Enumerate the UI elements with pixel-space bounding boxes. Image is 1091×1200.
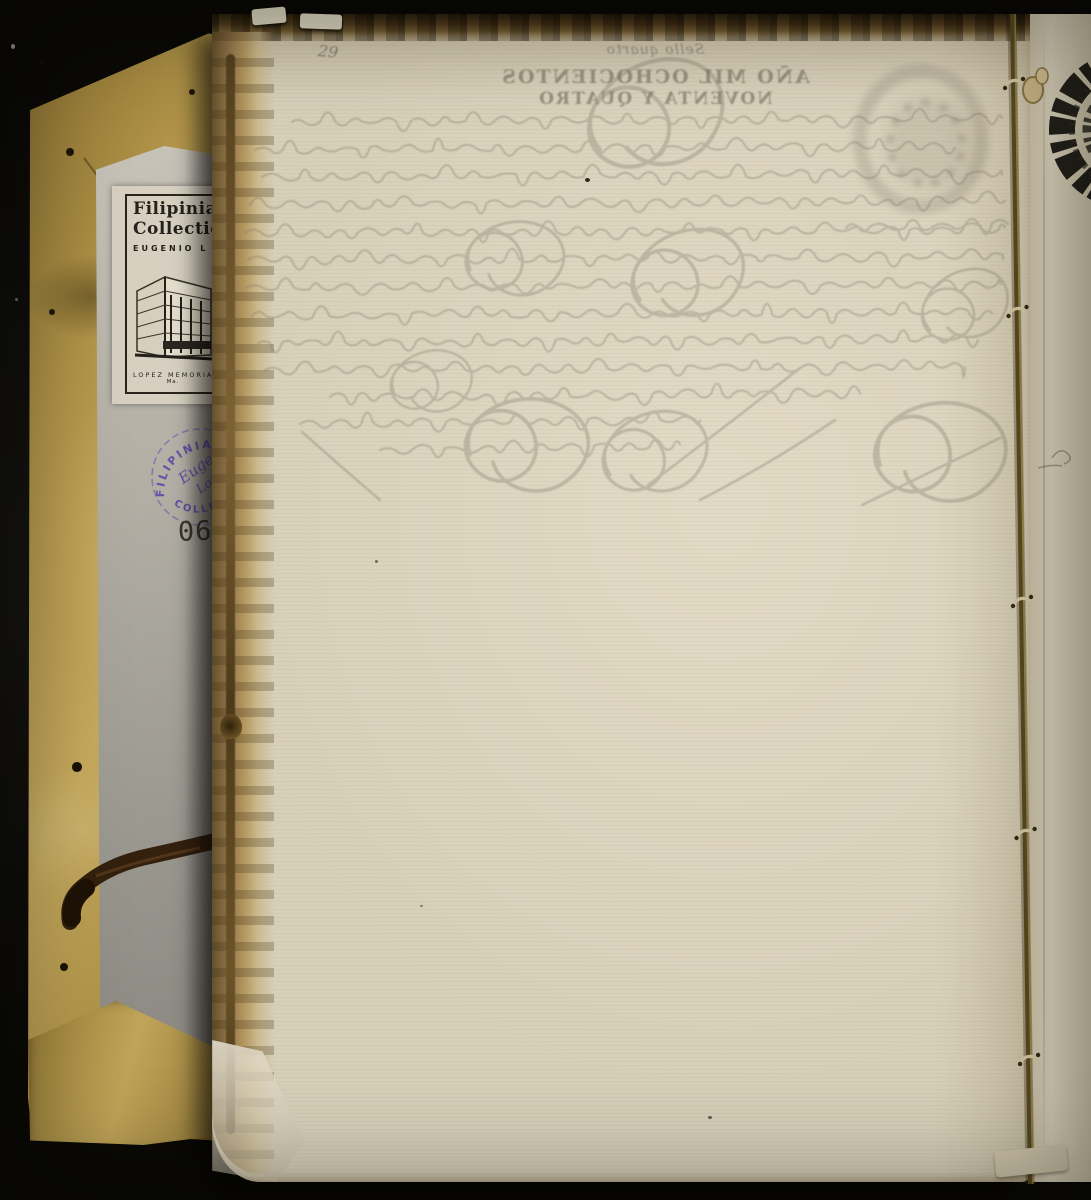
page-corner-tab — [251, 7, 286, 26]
folio-number-pencil: 29 — [317, 41, 339, 62]
bookplate-caption-line2: Ma. — [133, 379, 213, 385]
adjacent-leaf-edge — [1043, 14, 1045, 1182]
stamp-header-line3: NOVENTA Y QUATRO — [500, 89, 810, 110]
ink-fleck — [708, 1116, 712, 1119]
embossed-seal-inner-ring — [886, 98, 966, 188]
building-etching — [133, 257, 215, 365]
ink-fleck — [375, 560, 378, 563]
fore-edge-knot — [220, 714, 242, 740]
stamp-header-line1: Sello quarto — [500, 42, 810, 60]
ink-fleck — [585, 178, 590, 182]
stamped-paper-header-bleedthrough: Sello quarto AÑO MIL OCHOCIENTOS NOVENTA… — [500, 42, 810, 111]
ink-fleck — [420, 905, 423, 907]
fore-edge-streak — [226, 54, 235, 1134]
dust-speck — [11, 44, 15, 49]
page-corner-tab — [300, 13, 342, 29]
page-fore-edge — [212, 32, 274, 1174]
dust-speck — [15, 298, 18, 301]
adjacent-leaf — [1030, 14, 1091, 1182]
cover-speckles — [40, 60, 44, 64]
photograph-of-manuscript: Filipiniana Collection EUGENIO L — [0, 0, 1091, 1200]
stamp-header-line2: AÑO MIL OCHOCIENTOS — [500, 66, 810, 90]
